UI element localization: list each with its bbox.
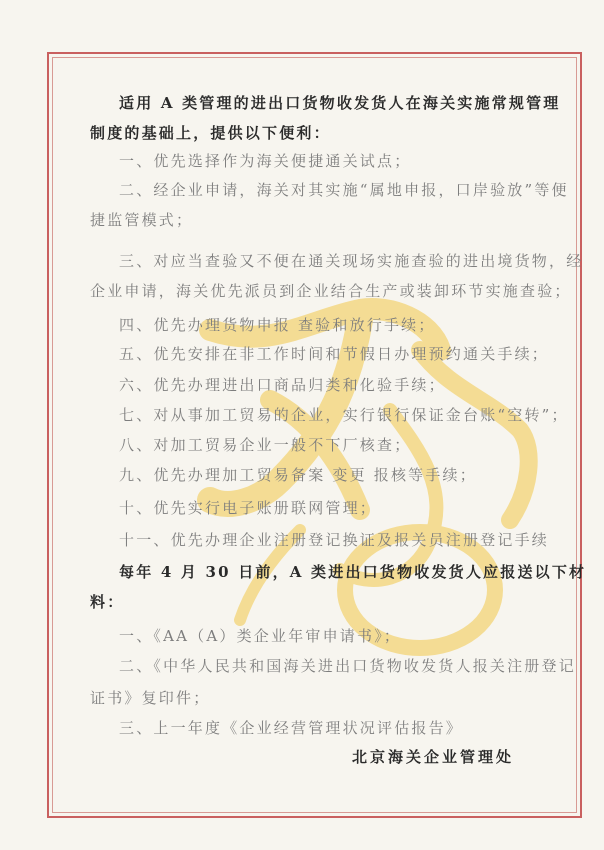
benefit-item-1: 一、优先选择作为海关便捷通关试点； bbox=[119, 151, 411, 171]
intro-line-1: 适用 A 类管理的进出口货物收发货人在海关实施常规管理 bbox=[119, 93, 561, 113]
benefit-item-2-cont: 捷监管模式； bbox=[90, 210, 193, 230]
benefit-item-11: 十一、优先办理企业注册登记换证及报关员注册登记手续 bbox=[119, 530, 549, 550]
material-item-2-cont: 证书》复印件； bbox=[90, 688, 210, 708]
benefit-item-2: 二、经企业申请，海关对其实施“属地申报，口岸验放”等便 bbox=[119, 180, 569, 200]
benefit-item-9: 九、优先办理加工贸易备案 变更 报核等手续； bbox=[119, 465, 477, 485]
benefit-item-8: 八、对加工贸易企业一般不下厂核查； bbox=[119, 435, 411, 455]
intro-line-2: 制度的基础上，提供以下便利： bbox=[90, 123, 331, 143]
material-item-2: 二、《中华人民共和国海关进出口货物收发货人报关注册登记 bbox=[119, 656, 576, 676]
submission-line-2: 料： bbox=[90, 592, 124, 612]
benefit-item-3-cont: 企业申请，海关优先派员到企业结合生产或装卸环节实施查验； bbox=[90, 281, 572, 301]
benefit-item-7: 七、对从事加工贸易的企业，实行银行保证金台账“空转”； bbox=[119, 405, 569, 425]
benefit-item-4: 四、优先办理货物申报 查验和放行手续； bbox=[119, 315, 436, 335]
material-item-3: 三、上一年度《企业经营管理状况评估报告》 bbox=[119, 718, 463, 738]
material-item-1: 一、《AA（A）类企业年审申请书》； bbox=[119, 626, 401, 646]
submission-line-1: 每年 4 月 30 日前，A 类进出口货物收发货人应报送以下材 bbox=[119, 562, 586, 582]
benefit-item-3: 三、对应当查验又不便在通关现场实施查验的进出境货物，经 bbox=[119, 251, 583, 271]
signature: 北京海关企业管理处 bbox=[352, 747, 514, 767]
benefit-item-10: 十、优先实行电子账册联网管理； bbox=[119, 498, 377, 518]
benefit-item-6: 六、优先办理进出口商品归类和化验手续； bbox=[119, 375, 446, 395]
benefit-item-5: 五、优先安排在非工作时间和节假日办理预约通关手续； bbox=[119, 344, 549, 364]
